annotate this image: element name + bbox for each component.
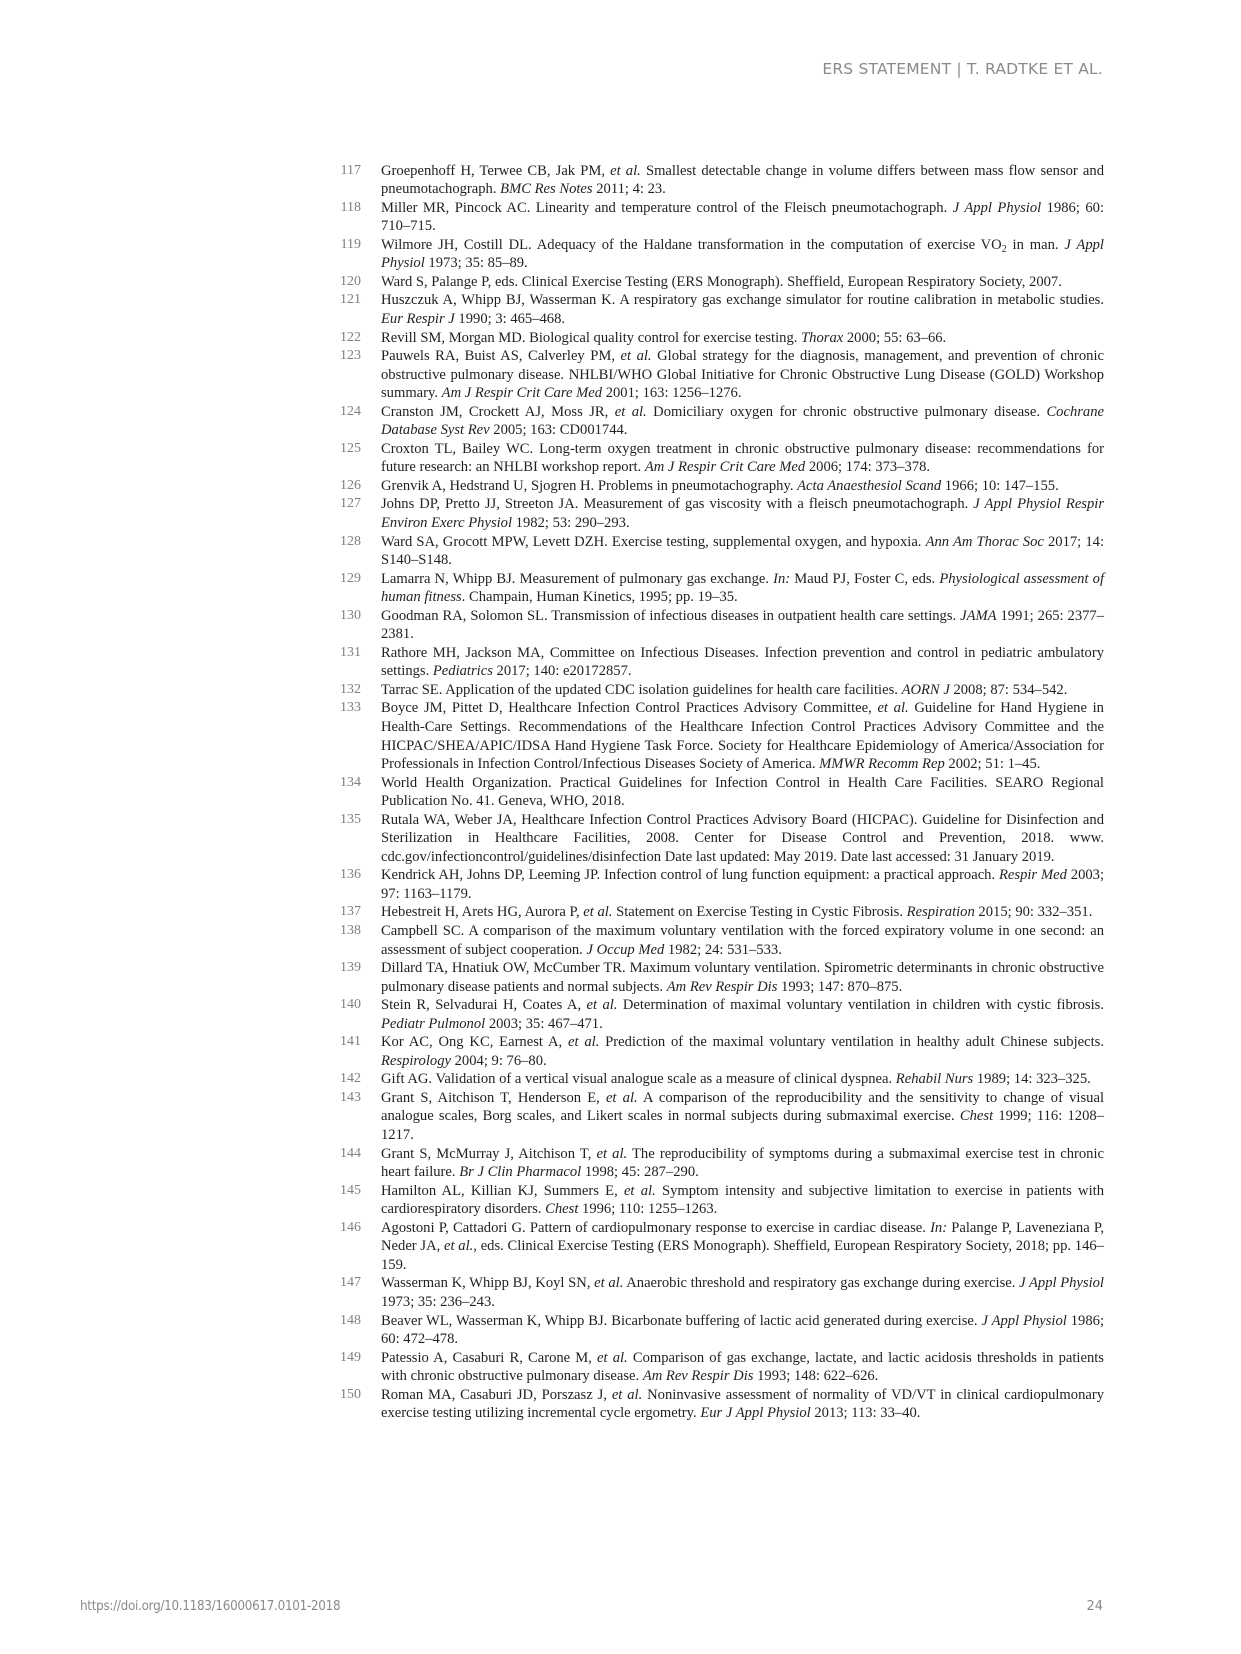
reference-number: 146 xyxy=(340,1219,381,1238)
reference-text: Grenvik A, Hedstrand U, Sjogren H. Probl… xyxy=(381,477,1104,496)
reference-segment: . Champain, Human Kinetics, 1995; pp. 19… xyxy=(462,589,738,605)
reference-number: 147 xyxy=(340,1274,381,1293)
journal-title: et al. xyxy=(597,1350,628,1366)
reference-item: 139 Dillard TA, Hnatiuk OW, McCumber TR.… xyxy=(340,959,1104,996)
reference-segment: Beaver WL, Wasserman K, Whipp BJ. Bicarb… xyxy=(381,1313,981,1329)
reference-text: Hamilton AL, Killian KJ, Summers E, et a… xyxy=(381,1182,1104,1219)
reference-segment: Boyce JM, Pittet D, Healthcare Infection… xyxy=(381,700,877,716)
reference-item: 141 Kor AC, Ong KC, Earnest A, et al. Pr… xyxy=(340,1033,1104,1070)
journal-title: et al. xyxy=(624,1183,656,1199)
reference-item: 127 Johns DP, Pretto JJ, Streeton JA. Me… xyxy=(340,495,1104,532)
reference-number: 137 xyxy=(340,903,381,922)
journal-title: Chest xyxy=(960,1108,993,1124)
journal-title: J Appl Physiol xyxy=(1019,1275,1104,1291)
journal-title: et al. xyxy=(596,1146,627,1162)
reference-segment: 1973; 35: 236–243. xyxy=(381,1294,495,1310)
reference-segment: Hamilton AL, Killian KJ, Summers E, xyxy=(381,1183,624,1199)
reference-item: 136 Kendrick AH, Johns DP, Leeming JP. I… xyxy=(340,866,1104,903)
journal-title: Pediatrics xyxy=(433,663,493,679)
reference-item: 134 World Health Organization. Practical… xyxy=(340,774,1104,811)
reference-segment: Determination of maximal voluntary venti… xyxy=(617,997,1104,1013)
journal-title: et al. xyxy=(615,404,647,420)
reference-item: 132 Tarrac SE. Application of the update… xyxy=(340,681,1104,700)
reference-item: 150 Roman MA, Casaburi JD, Porszasz J, e… xyxy=(340,1386,1104,1423)
journal-title: et al. xyxy=(583,904,612,920)
reference-item: 121 Huszczuk A, Whipp BJ, Wasserman K. A… xyxy=(340,291,1104,328)
reference-item: 126 Grenvik A, Hedstrand U, Sjogren H. P… xyxy=(340,477,1104,496)
reference-segment: Kor AC, Ong KC, Earnest A, xyxy=(381,1034,568,1050)
journal-title: In: xyxy=(773,571,790,587)
reference-text: Hebestreit H, Arets HG, Aurora P, et al.… xyxy=(381,903,1104,922)
journal-title: et al. xyxy=(606,1090,638,1106)
reference-number: 140 xyxy=(340,996,381,1015)
journal-title: Eur J Appl Physiol xyxy=(700,1405,810,1421)
reference-text: Agostoni P, Cattadori G. Pattern of card… xyxy=(381,1219,1104,1275)
journal-title: MMWR Recomm Rep xyxy=(819,756,945,772)
reference-item: 117 Groepenhoff H, Terwee CB, Jak PM, et… xyxy=(340,162,1104,199)
reference-number: 121 xyxy=(340,291,381,310)
reference-item: 138 Campbell SC. A comparison of the max… xyxy=(340,922,1104,959)
reference-number: 120 xyxy=(340,273,381,292)
reference-text: Rutala WA, Weber JA, Healthcare Infectio… xyxy=(381,811,1104,867)
reference-segment: Anaerobic threshold and respiratory gas … xyxy=(623,1275,1019,1291)
journal-title: J Occup Med xyxy=(586,942,664,958)
reference-segment: Patessio A, Casaburi R, Carone M, xyxy=(381,1350,597,1366)
reference-number: 118 xyxy=(340,199,381,218)
reference-item: 130 Goodman RA, Solomon SL. Transmission… xyxy=(340,607,1104,644)
reference-segment: 1989; 14: 323–325. xyxy=(973,1071,1091,1087)
reference-segment: 1993; 147: 870–875. xyxy=(777,979,902,995)
reference-number: 136 xyxy=(340,866,381,885)
reference-text: Huszczuk A, Whipp BJ, Wasserman K. A res… xyxy=(381,291,1104,328)
reference-segment: Prediction of the maximal voluntary vent… xyxy=(599,1034,1104,1050)
reference-number: 138 xyxy=(340,922,381,941)
journal-title: Chest xyxy=(545,1201,578,1217)
reference-segment: 2000; 55: 63–66. xyxy=(843,330,946,346)
reference-text: Johns DP, Pretto JJ, Streeton JA. Measur… xyxy=(381,495,1104,532)
reference-number: 143 xyxy=(340,1089,381,1108)
journal-title: Am J Respir Crit Care Med xyxy=(442,385,602,401)
reference-text: Roman MA, Casaburi JD, Porszasz J, et al… xyxy=(381,1386,1104,1423)
reference-text: Rathore MH, Jackson MA, Committee on Inf… xyxy=(381,644,1104,681)
journal-title: Thorax xyxy=(801,330,843,346)
reference-segment: Maud PJ, Foster C, eds. xyxy=(790,571,939,587)
reference-segment: Pauwels RA, Buist AS, Calverley PM, xyxy=(381,348,621,364)
reference-text: Beaver WL, Wasserman K, Whipp BJ. Bicarb… xyxy=(381,1312,1104,1349)
reference-segment: 2017; 140: e20172857. xyxy=(493,663,632,679)
reference-segment: Kendrick AH, Johns DP, Leeming JP. Infec… xyxy=(381,867,999,883)
reference-number: 135 xyxy=(340,811,381,830)
journal-title: Pediatr Pulmonol xyxy=(381,1016,485,1032)
reference-text: Campbell SC. A comparison of the maximum… xyxy=(381,922,1104,959)
journal-title: Rehabil Nurs xyxy=(896,1071,973,1087)
reference-segment: Rutala WA, Weber JA, Healthcare Infectio… xyxy=(381,812,1104,865)
reference-segment: 1998; 45: 287–290. xyxy=(581,1164,699,1180)
reference-item: 122 Revill SM, Morgan MD. Biological qua… xyxy=(340,329,1104,348)
reference-text: Miller MR, Pincock AC. Linearity and tem… xyxy=(381,199,1104,236)
reference-segment: World Health Organization. Practical Gui… xyxy=(381,775,1104,810)
reference-number: 124 xyxy=(340,403,381,422)
reference-text: Ward S, Palange P, eds. Clinical Exercis… xyxy=(381,273,1104,292)
reference-text: Revill SM, Morgan MD. Biological quality… xyxy=(381,329,1104,348)
reference-segment: Grant S, Aitchison T, Henderson E, xyxy=(381,1090,606,1106)
journal-title: et al. xyxy=(444,1238,473,1254)
reference-segment: 2006; 174: 373–378. xyxy=(805,459,930,475)
reference-item: 146 Agostoni P, Cattadori G. Pattern of … xyxy=(340,1219,1104,1275)
reference-text: Dillard TA, Hnatiuk OW, McCumber TR. Max… xyxy=(381,959,1104,996)
reference-number: 145 xyxy=(340,1182,381,1201)
reference-segment: 2011; 4: 23. xyxy=(593,181,666,197)
reference-number: 126 xyxy=(340,477,381,496)
reference-number: 142 xyxy=(340,1070,381,1089)
reference-segment: Ward SA, Grocott MPW, Levett DZH. Exerci… xyxy=(381,534,926,550)
journal-title: Respir Med xyxy=(999,867,1067,883)
journal-title: Am Rev Respir Dis xyxy=(643,1368,754,1384)
reference-number: 141 xyxy=(340,1033,381,1052)
reference-number: 117 xyxy=(340,162,381,181)
reference-item: 133 Boyce JM, Pittet D, Healthcare Infec… xyxy=(340,699,1104,773)
reference-segment: Johns DP, Pretto JJ, Streeton JA. Measur… xyxy=(381,496,973,512)
reference-list: 117 Groepenhoff H, Terwee CB, Jak PM, et… xyxy=(340,162,1104,1423)
reference-segment: 2008; 87: 534–542. xyxy=(950,682,1068,698)
running-head: ERS STATEMENT | T. RADTKE ET AL. xyxy=(822,60,1103,78)
reference-item: 124 Cranston JM, Crockett AJ, Moss JR, e… xyxy=(340,403,1104,440)
journal-title: et al. xyxy=(610,163,641,179)
reference-item: 143 Grant S, Aitchison T, Henderson E, e… xyxy=(340,1089,1104,1145)
reference-segment: 1966; 10: 147–155. xyxy=(941,478,1059,494)
reference-segment: , eds. Clinical Exercise Testing (ERS Mo… xyxy=(381,1238,1104,1273)
reference-segment: Lamarra N, Whipp BJ. Measurement of pulm… xyxy=(381,571,773,587)
reference-text: Wilmore JH, Costill DL. Adequacy of the … xyxy=(381,236,1104,273)
journal-title: Respiration xyxy=(907,904,975,920)
reference-text: Patessio A, Casaburi R, Carone M, et al.… xyxy=(381,1349,1104,1386)
journal-title: Br J Clin Pharmacol xyxy=(459,1164,581,1180)
reference-segment: Grant S, McMurray J, Aitchison T, xyxy=(381,1146,596,1162)
reference-segment: Huszczuk A, Whipp BJ, Wasserman K. A res… xyxy=(381,292,1104,308)
reference-text: Kor AC, Ong KC, Earnest A, et al. Predic… xyxy=(381,1033,1104,1070)
journal-title: BMC Res Notes xyxy=(500,181,592,197)
reference-number: 125 xyxy=(340,440,381,459)
reference-segment: 1996; 110: 1255–1263. xyxy=(578,1201,717,1217)
journal-title: Respirology xyxy=(381,1053,451,1069)
journal-title: et al. xyxy=(587,997,618,1013)
journal-title: JAMA xyxy=(960,608,996,624)
reference-item: 149 Patessio A, Casaburi R, Carone M, et… xyxy=(340,1349,1104,1386)
reference-segment: 2015; 90: 332–351. xyxy=(975,904,1093,920)
reference-segment: Hebestreit H, Arets HG, Aurora P, xyxy=(381,904,583,920)
reference-item: 119 Wilmore JH, Costill DL. Adequacy of … xyxy=(340,236,1104,273)
reference-number: 150 xyxy=(340,1386,381,1405)
reference-number: 128 xyxy=(340,533,381,552)
reference-text: Ward SA, Grocott MPW, Levett DZH. Exerci… xyxy=(381,533,1104,570)
reference-text: Groepenhoff H, Terwee CB, Jak PM, et al.… xyxy=(381,162,1104,199)
journal-title: J Appl Physiol xyxy=(953,200,1041,216)
reference-item: 145 Hamilton AL, Killian KJ, Summers E, … xyxy=(340,1182,1104,1219)
reference-segment: 2002; 51: 1–45. xyxy=(945,756,1041,772)
reference-number: 123 xyxy=(340,347,381,366)
reference-text: Cranston JM, Crockett AJ, Moss JR, et al… xyxy=(381,403,1104,440)
reference-segment: Cranston JM, Crockett AJ, Moss JR, xyxy=(381,404,615,420)
reference-segment: 2004; 9: 76–80. xyxy=(451,1053,547,1069)
reference-text: Stein R, Selvadurai H, Coates A, et al. … xyxy=(381,996,1104,1033)
reference-item: 135 Rutala WA, Weber JA, Healthcare Infe… xyxy=(340,811,1104,867)
reference-segment: in man. xyxy=(1007,237,1065,253)
reference-item: 142 Gift AG. Validation of a vertical vi… xyxy=(340,1070,1104,1089)
reference-segment: Domiciliary oxygen for chronic obstructi… xyxy=(647,404,1047,420)
reference-segment: Gift AG. Validation of a vertical visual… xyxy=(381,1071,896,1087)
reference-segment: 1990; 3: 465–468. xyxy=(455,311,565,327)
reference-segment: Grenvik A, Hedstrand U, Sjogren H. Probl… xyxy=(381,478,797,494)
reference-item: 123 Pauwels RA, Buist AS, Calverley PM, … xyxy=(340,347,1104,403)
reference-item: 131 Rathore MH, Jackson MA, Committee on… xyxy=(340,644,1104,681)
reference-item: 144 Grant S, McMurray J, Aitchison T, et… xyxy=(340,1145,1104,1182)
reference-segment: 2001; 163: 1256–1276. xyxy=(602,385,741,401)
reference-item: 137 Hebestreit H, Arets HG, Aurora P, et… xyxy=(340,903,1104,922)
reference-text: Pauwels RA, Buist AS, Calverley PM, et a… xyxy=(381,347,1104,403)
journal-title: Am Rev Respir Dis xyxy=(667,979,778,995)
journal-title: Am J Respir Crit Care Med xyxy=(645,459,805,475)
reference-segment: Wilmore JH, Costill DL. Adequacy of the … xyxy=(381,237,1002,253)
reference-text: Gift AG. Validation of a vertical visual… xyxy=(381,1070,1104,1089)
reference-segment: Statement on Exercise Testing in Cystic … xyxy=(612,904,906,920)
journal-title: et al. xyxy=(877,700,908,716)
reference-text: World Health Organization. Practical Gui… xyxy=(381,774,1104,811)
reference-segment: 1982; 53: 290–293. xyxy=(512,515,630,531)
reference-item: 125 Croxton TL, Bailey WC. Long-term oxy… xyxy=(340,440,1104,477)
reference-segment: Goodman RA, Solomon SL. Transmission of … xyxy=(381,608,960,624)
journal-title: et al. xyxy=(612,1387,642,1403)
reference-number: 122 xyxy=(340,329,381,348)
reference-number: 132 xyxy=(340,681,381,700)
reference-item: 129 Lamarra N, Whipp BJ. Measurement of … xyxy=(340,570,1104,607)
reference-number: 127 xyxy=(340,495,381,514)
reference-segment: Ward S, Palange P, eds. Clinical Exercis… xyxy=(381,274,1062,290)
reference-text: Grant S, Aitchison T, Henderson E, et al… xyxy=(381,1089,1104,1145)
journal-title: et al. xyxy=(594,1275,623,1291)
reference-number: 130 xyxy=(340,607,381,626)
reference-segment: Revill SM, Morgan MD. Biological quality… xyxy=(381,330,801,346)
reference-item: 140 Stein R, Selvadurai H, Coates A, et … xyxy=(340,996,1104,1033)
reference-number: 144 xyxy=(340,1145,381,1164)
reference-number: 131 xyxy=(340,644,381,663)
reference-segment: Miller MR, Pincock AC. Linearity and tem… xyxy=(381,200,953,216)
reference-item: 147 Wasserman K, Whipp BJ, Koyl SN, et a… xyxy=(340,1274,1104,1311)
reference-segment: Roman MA, Casaburi JD, Porszasz J, xyxy=(381,1387,612,1403)
reference-number: 149 xyxy=(340,1349,381,1368)
reference-text: Goodman RA, Solomon SL. Transmission of … xyxy=(381,607,1104,644)
page-number: 24 xyxy=(1086,1599,1103,1614)
journal-title: et al. xyxy=(568,1034,599,1050)
reference-segment: Stein R, Selvadurai H, Coates A, xyxy=(381,997,587,1013)
reference-segment: 2003; 35: 467–471. xyxy=(485,1016,603,1032)
journal-title: J Appl Physiol xyxy=(981,1313,1066,1329)
journal-title: Eur Respir J xyxy=(381,311,455,327)
reference-segment: 1993; 148: 622–626. xyxy=(753,1368,878,1384)
reference-number: 139 xyxy=(340,959,381,978)
reference-text: Lamarra N, Whipp BJ. Measurement of pulm… xyxy=(381,570,1104,607)
reference-number: 119 xyxy=(340,236,381,255)
reference-item: 118 Miller MR, Pincock AC. Linearity and… xyxy=(340,199,1104,236)
reference-text: Boyce JM, Pittet D, Healthcare Infection… xyxy=(381,699,1104,773)
reference-number: 133 xyxy=(340,699,381,718)
journal-title: In: xyxy=(930,1220,947,1236)
reference-segment: Tarrac SE. Application of the updated CD… xyxy=(381,682,902,698)
reference-segment: 2013; 113: 33–40. xyxy=(811,1405,921,1421)
reference-item: 148 Beaver WL, Wasserman K, Whipp BJ. Bi… xyxy=(340,1312,1104,1349)
journal-title: Ann Am Thorac Soc xyxy=(926,534,1044,550)
reference-text: Croxton TL, Bailey WC. Long-term oxygen … xyxy=(381,440,1104,477)
reference-item: 120 Ward S, Palange P, eds. Clinical Exe… xyxy=(340,273,1104,292)
reference-segment: Wasserman K, Whipp BJ, Koyl SN, xyxy=(381,1275,594,1291)
journal-title: et al. xyxy=(621,348,652,364)
reference-segment: 2005; 163: CD001744. xyxy=(490,422,628,438)
journal-title: Acta Anaesthesiol Scand xyxy=(797,478,941,494)
reference-item: 128 Ward SA, Grocott MPW, Levett DZH. Ex… xyxy=(340,533,1104,570)
reference-segment: 1982; 24: 531–533. xyxy=(664,942,782,958)
reference-text: Kendrick AH, Johns DP, Leeming JP. Infec… xyxy=(381,866,1104,903)
journal-title: AORN J xyxy=(902,682,950,698)
reference-text: Wasserman K, Whipp BJ, Koyl SN, et al. A… xyxy=(381,1274,1104,1311)
reference-number: 134 xyxy=(340,774,381,793)
reference-segment: Groepenhoff H, Terwee CB, Jak PM, xyxy=(381,163,610,179)
reference-segment: Agostoni P, Cattadori G. Pattern of card… xyxy=(381,1220,930,1236)
reference-text: Tarrac SE. Application of the updated CD… xyxy=(381,681,1104,700)
reference-number: 148 xyxy=(340,1312,381,1331)
reference-number: 129 xyxy=(340,570,381,589)
doi-link[interactable]: https://doi.org/10.1183/16000617.0101-20… xyxy=(80,1599,340,1614)
reference-text: Grant S, McMurray J, Aitchison T, et al.… xyxy=(381,1145,1104,1182)
reference-segment: 1973; 35: 85–89. xyxy=(425,255,528,271)
